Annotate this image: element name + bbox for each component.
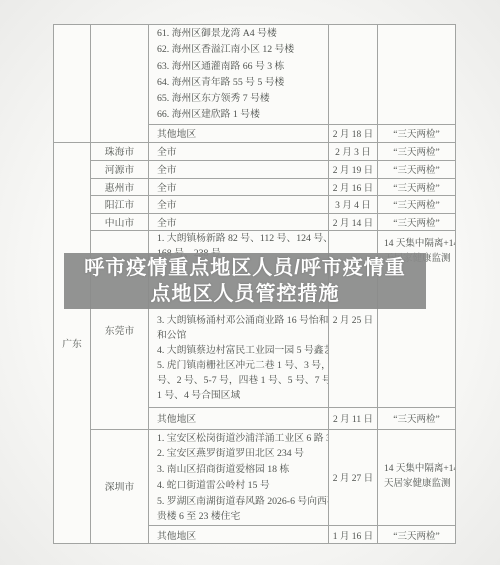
area-line: 3. 大朗镇杨涌村邓公涌商业路 16 号怡和 D 栋怡 — [157, 313, 323, 328]
area-line: 4. 蛇口街道雷公岭村 15 号 — [157, 478, 323, 494]
area-line: 66. 海州区建欣路 1 号楼 — [157, 107, 323, 123]
date-cell: 2 月 16 日 — [329, 178, 378, 195]
other-area-cell: 其他地区 — [149, 407, 329, 429]
area-line: 1. 大朗镇杨新路 82 号、112 号、124 号、158 号、 — [157, 231, 323, 246]
table-row: 阳江市 全市 3 月 4 日 “三天两检” — [54, 195, 456, 213]
area-cell: 全市 — [149, 178, 329, 195]
area-line: 号、2 号、5-7 号，四巷 1 号、5 号、7 号，五巷 — [157, 373, 323, 388]
table-row: 广东 珠海市 全市 2 月 3 日 “三天两检” — [54, 142, 456, 160]
measure-line: 14 天集中隔离+14 — [384, 462, 452, 477]
table-row: 惠州市 全市 2 月 16 日 “三天两检” — [54, 178, 456, 195]
measure-cell: “三天两检” — [378, 160, 456, 178]
measure-cell: “三天两检” — [378, 526, 456, 544]
area-line: 贵楼 6 至 23 楼住宅 — [157, 509, 323, 525]
overlay-title-line2: 点地区人员管控措施 — [64, 281, 426, 307]
other-area-cell: 其他地区 — [149, 526, 329, 544]
city-cell-shenzhen: 深圳市 — [91, 429, 149, 543]
area-line: 64. 海州区青年路 55 号 5 号楼 — [157, 75, 323, 91]
measure-cell: “三天两检” — [378, 178, 456, 195]
date-cell: 3 月 4 日 — [329, 195, 378, 213]
city-cell: 惠州市 — [91, 178, 149, 195]
area-line: 3. 南山区招商街道爱榕园 18 栋 — [157, 462, 323, 478]
date-cell: 2 月 14 日 — [329, 213, 378, 230]
date-cell: 2 月 11 日 — [329, 407, 378, 429]
date-cell: 2 月 19 日 — [329, 160, 378, 178]
measure-cell: “三天两检” — [378, 195, 456, 213]
area-line: 62. 海州区香溢江南小区 12 号楼 — [157, 42, 323, 58]
overlay-title-banner: 呼市疫情重点地区人员/呼市疫情重 点地区人员管控措施 — [64, 253, 426, 309]
measure-cell-empty — [378, 25, 456, 125]
city-cell: 珠海市 — [91, 142, 149, 160]
area-line: 5. 虎门镇南栅社区冲元二巷 1 号、3 号，三巷 1 — [157, 358, 323, 373]
city-cell: 阳江市 — [91, 195, 149, 213]
measure-cell: 14 天集中隔离+14 天居家健康监测 — [378, 429, 456, 525]
area-line: 和公馆 — [157, 328, 323, 343]
city-cell-empty — [91, 25, 149, 143]
area-line: 61. 海州区御景龙湾 A4 号楼 — [157, 26, 323, 42]
measure-cell: “三天两检” — [378, 124, 456, 142]
area-line: 5. 罗湖区南湖街道春风路 2026-6 号向西花园向 — [157, 494, 323, 510]
area-cell: 全市 — [149, 142, 329, 160]
date-cell-empty — [329, 25, 378, 125]
area-line: 63. 海州区通灌南路 66 号 3 栋 — [157, 59, 323, 75]
city-cell: 中山市 — [91, 213, 149, 230]
area-cell: 全市 — [149, 195, 329, 213]
date-cell: 2 月 18 日 — [329, 124, 378, 142]
province-cell: 广东 — [54, 142, 91, 543]
measure-line: 14 天集中隔离+14 — [384, 237, 452, 252]
table-row: 中山市 全市 2 月 14 日 “三天两检” — [54, 213, 456, 230]
overlay-title-line1: 呼市疫情重点地区人员/呼市疫情重 — [64, 255, 426, 281]
province-cell-empty — [54, 25, 91, 143]
measure-cell: “三天两检” — [378, 142, 456, 160]
area-line: 2. 宝安区燕罗街道罗田北区 234 号 — [157, 446, 323, 462]
area-line: 4. 大朗镇蔡边村富民工业园一园 5 号鑫艺科技园 — [157, 343, 323, 358]
date-cell: 2 月 27 日 — [329, 429, 378, 525]
city-cell: 河源市 — [91, 160, 149, 178]
area-line: 1. 宝安区松岗街道沙浦洋涌工业区 6 路 3 号、 — [157, 431, 323, 447]
measure-cell: “三天两检” — [378, 213, 456, 230]
area-cell: 61. 海州区御景龙湾 A4 号楼 62. 海州区香溢江南小区 12 号楼 63… — [149, 25, 329, 125]
page: { "overlay": { "line1": "呼市疫情重点地区人员/呼市疫情… — [0, 0, 500, 565]
table-row: 河源市 全市 2 月 19 日 “三天两检” — [54, 160, 456, 178]
measure-line: 天居家健康监测 — [384, 477, 452, 492]
area-cell-shenzhen: 1. 宝安区松岗街道沙浦洋涌工业区 6 路 3 号、 2. 宝安区燕罗街道罗田北… — [149, 429, 329, 525]
table-row: 深圳市 1. 宝安区松岗街道沙浦洋涌工业区 6 路 3 号、 2. 宝安区燕罗街… — [54, 429, 456, 525]
other-area-cell: 其他地区 — [149, 124, 329, 142]
area-line: 1 号、4 号合围区域 — [157, 388, 323, 403]
date-cell: 2 月 3 日 — [329, 142, 378, 160]
measure-cell: “三天两检” — [378, 407, 456, 429]
area-line: 65. 海州区东方领秀 7 号楼 — [157, 91, 323, 107]
area-cell: 全市 — [149, 213, 329, 230]
table-row: 61. 海州区御景龙湾 A4 号楼 62. 海州区香溢江南小区 12 号楼 63… — [54, 25, 456, 125]
date-cell: 1 月 16 日 — [329, 526, 378, 544]
area-cell: 全市 — [149, 160, 329, 178]
